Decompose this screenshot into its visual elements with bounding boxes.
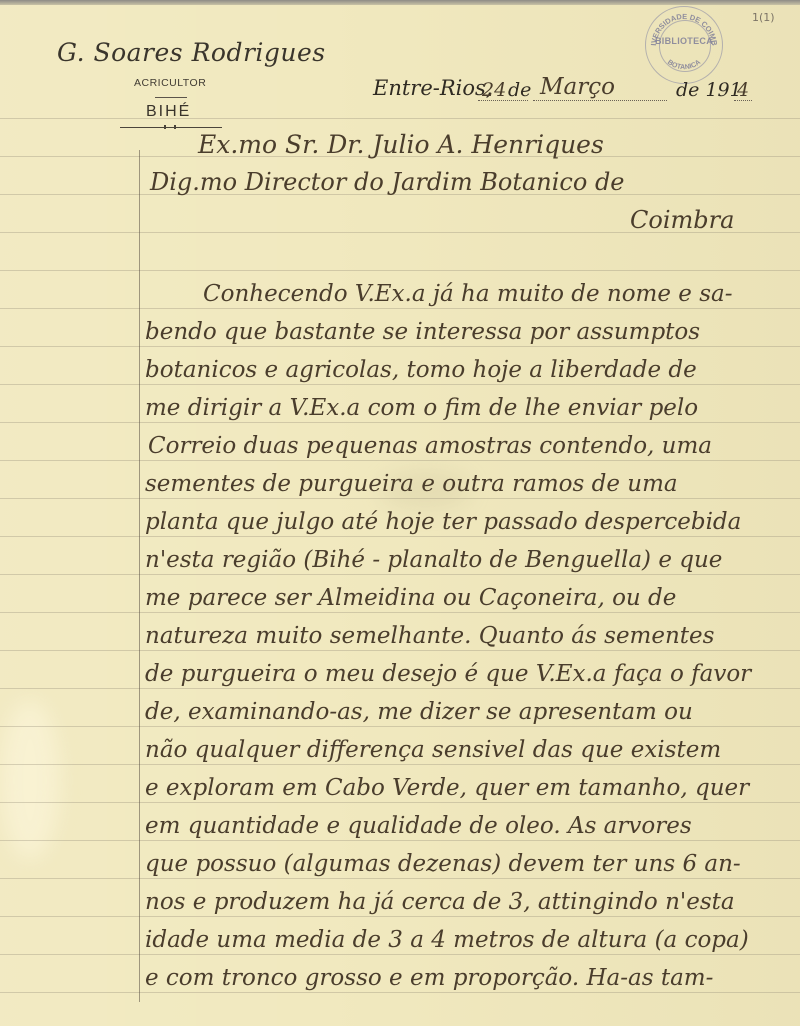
body-line: planta que julgo até hoje ter passado de…	[145, 509, 741, 535]
stamp-center-text: BIBLIOTECA	[646, 36, 722, 46]
folio-number: 1(1)	[752, 11, 775, 24]
letter-page: G. Soares Rodrigues ACRICULTOR BIHÉ UNIV…	[0, 0, 800, 1026]
body-line: Correio duas pequenas amostras contendo,…	[148, 433, 712, 459]
body-line: idade uma media de 3 a 4 metros de altur…	[145, 927, 749, 953]
date-year-suffix: 4	[737, 79, 749, 101]
body-line: me dirigir a V.Ex.a com o fim de lhe env…	[145, 395, 698, 421]
body-line: que possuo (algumas dezenas) devem ter u…	[145, 851, 741, 877]
body-line: bendo que bastante se interessa por assu…	[145, 319, 700, 345]
body-line: e exploram em Cabo Verde, quer em tamanh…	[145, 775, 749, 801]
letterhead-occupation: ACRICULTOR	[134, 77, 206, 89]
body-line: e com tronco grosso e em proporção. Ha-a…	[145, 965, 713, 991]
date-month: Março	[540, 74, 615, 100]
paper-top-edge	[0, 0, 800, 5]
letterhead-name: G. Soares Rodrigues	[57, 38, 326, 67]
library-stamp: UNIVERSIDADE DE COIMBRA BOTANICA BIBLIOT…	[645, 6, 723, 84]
body-line: em quantidade e qualidade de oleo. As ar…	[145, 813, 692, 839]
body-line: de, examinando-as, me dizer se apresenta…	[145, 699, 693, 725]
letterhead-ornament-rule	[120, 127, 222, 128]
body-line: n'esta região (Bihé - planalto de Bengue…	[145, 547, 722, 573]
body-line: não qualquer differença sensivel das que…	[145, 737, 721, 763]
date-day: 24	[482, 79, 506, 101]
body-line: me parece ser Almeidina ou Caçoneira, ou…	[145, 585, 676, 611]
date-place: Entre-Rios,	[373, 76, 492, 100]
body-line: de purgueira o meu desejo é que V.Ex.a f…	[145, 661, 751, 687]
body-line: Conhecendo V.Ex.a já ha muito de nome e …	[203, 281, 732, 307]
address-line-3: Coimbra	[630, 206, 734, 234]
body-line: sementes de purgueira e outra ramos de u…	[145, 471, 678, 497]
letterhead-place: BIHÉ	[146, 103, 191, 121]
margin-line	[139, 150, 140, 1002]
address-line-1: Ex.mo Sr. Dr. Julio A. Henriques	[198, 130, 604, 159]
body-line: natureza muito semelhante. Quanto ás sem…	[145, 623, 714, 649]
body-line: nos e produzem ha já cerca de 3, attingi…	[145, 889, 735, 915]
date-year-prefix: de 191	[676, 79, 742, 101]
stamp-inner-ring	[659, 20, 711, 72]
body-line: botanicos e agricolas, tomo hoje a liber…	[145, 357, 697, 383]
paper-stain	[0, 700, 60, 860]
letterhead-divider	[155, 97, 187, 98]
date-month-fill	[533, 100, 667, 101]
address-line-2: Dig.mo Director do Jardim Botanico de	[150, 168, 625, 196]
date-de: de	[508, 79, 531, 101]
